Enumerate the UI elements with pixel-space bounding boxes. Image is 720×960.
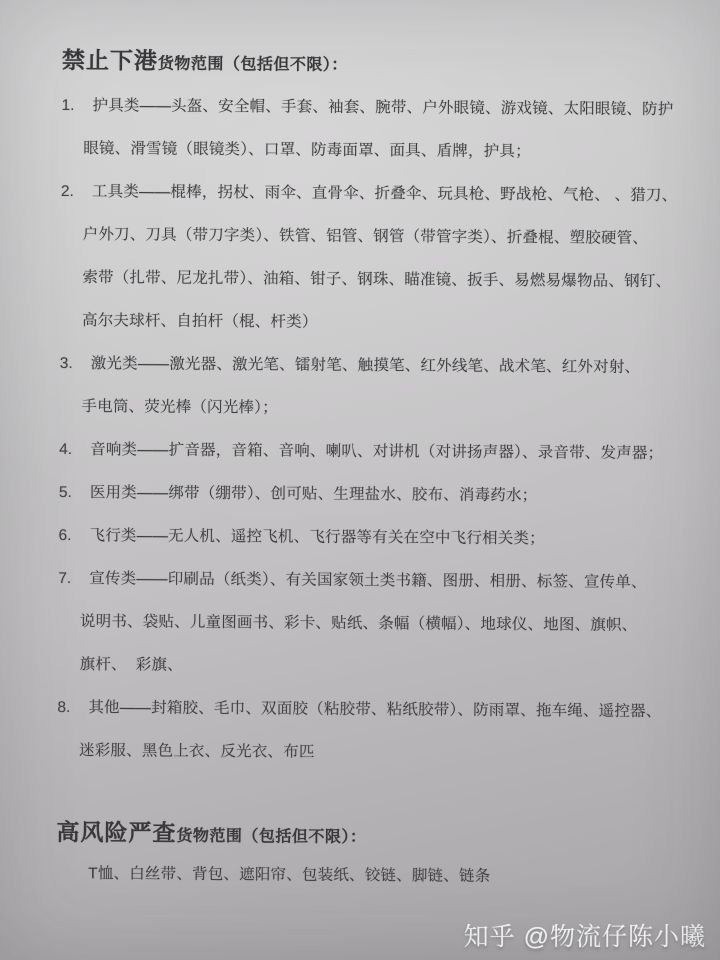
- item-text-line: 手电筒、荧光棒（闪光棒）；: [81, 385, 681, 432]
- item-text: 护具类——头盔、安全帽、手套、袖套、腕带、户外眼镜、游戏镜、太阳眼镜、防护 眼镜…: [92, 84, 684, 174]
- item-text-line: 户外刀、刀具（带刀字类）、铁管、铝管、钢管（带管字类）、折叠棍、塑胶硬管、: [83, 213, 683, 260]
- item-text-line: 眼镜、滑雪镜（眼镜类）、口罩、防毒面罩、面具、盾牌，护具；: [83, 127, 683, 174]
- item-text-line: 迷彩服、黑色上衣、反光衣、布匹: [79, 729, 679, 776]
- item-text: 飞行类——无人机、遥控飞机、飞行器等有关在空中飞行相关类；: [89, 514, 680, 561]
- section-title-main: 高风险严查: [56, 819, 176, 846]
- list-item-laser: 3. 激光类——激光器、激光笔、镭射笔、触摸笔、红外线笔、战术笔、红外对射、 手…: [59, 342, 682, 432]
- section-title-prohibited: 禁止下港货物范围（包括但不限）：: [62, 42, 684, 79]
- list-item-tools: 2. 工具类——棍棒，拐杖、雨伞、直骨伞、折叠伞、玩具枪、野战枪、气枪、 、猎刀…: [60, 170, 683, 346]
- item-text-line: 说明书、袋贴、儿童图画书、彩卡、贴纸、条幅（横幅）、地球仪、地图、旗帜、: [80, 600, 680, 647]
- item-number: 4.: [59, 428, 90, 471]
- item-text: 其他——封箱胶、毛巾、双面胶（粘胶带、粘纸胶带）、防雨罩、拖车绳、遥控器、 迷彩…: [88, 686, 680, 776]
- item-text-line: 宣传类——印刷品（纸类）、有关国家领土类书籍、图册、相册、标签、宣传单、: [89, 557, 680, 604]
- item-number: 8.: [57, 686, 88, 729]
- item-text-line: 高尔夫球杆、自拍杆（棍、杆类）: [82, 299, 682, 346]
- item-text-line: 护具类——头盔、安全帽、手套、袖套、腕带、户外眼镜、游戏镜、太阳眼镜、防护: [92, 84, 683, 131]
- item-number: 3.: [60, 342, 91, 385]
- section-title-main: 禁止下港: [62, 47, 158, 74]
- list-item-medical: 5. 医用类——绑带（绷带）、创可贴、生理盐水、胶布、消毒药水；: [59, 471, 681, 518]
- item-text: 激光类——激光器、激光笔、镭射笔、触摸笔、红外线笔、战术笔、红外对射、 手电筒、…: [90, 342, 682, 432]
- zhihu-watermark: 知乎 @物流仔陈小曦: [464, 917, 706, 953]
- item-text-line: 音响类——扩音器，音箱、音响、喇叭、对讲机（对讲扬声器）、录音带、发声器；: [90, 428, 681, 475]
- list-item-propaganda: 7. 宣传类——印刷品（纸类）、有关国家领土类书籍、图册、相册、标签、宣传单、 …: [58, 557, 681, 690]
- item-text: 音响类——扩音器，音箱、音响、喇叭、对讲机（对讲扬声器）、录音带、发声器；: [90, 428, 681, 475]
- item-number: 2.: [61, 170, 92, 213]
- list-item-other: 8. 其他——封箱胶、毛巾、双面胶（粘胶带、粘纸胶带）、防雨罩、拖车绳、遥控器、…: [57, 686, 680, 776]
- item-text-line: 工具类——棍棒，拐杖、雨伞、直骨伞、折叠伞、玩具枪、野战枪、气枪、 、猎刀、: [92, 170, 683, 217]
- item-number: 5.: [59, 471, 90, 514]
- item-text-line: 索带（扎带、尼龙扎带）、油箱、钳子、钢珠、瞄准镜、扳手、易燃易爆物品、钢钉、: [82, 256, 682, 303]
- list-item-flying: 6. 飞行类——无人机、遥控飞机、飞行器等有关在空中飞行相关类；: [58, 514, 680, 561]
- item-text-line: 旗杆、 彩旗、: [80, 643, 680, 690]
- item-number: 1.: [61, 84, 92, 127]
- item-text-line: 医用类——绑带（绷带）、创可贴、生理盐水、胶布、消毒药水；: [90, 471, 681, 518]
- item-text: 宣传类——印刷品（纸类）、有关国家领土类书籍、图册、相册、标签、宣传单、 说明书…: [89, 557, 681, 690]
- item-text: 工具类——棍棒，拐杖、雨伞、直骨伞、折叠伞、玩具枪、野战枪、气枪、 、猎刀、 户…: [91, 170, 683, 346]
- item-text-line: 激光类——激光器、激光笔、镭射笔、触摸笔、红外线笔、战术笔、红外对射、: [91, 342, 682, 389]
- section-title-sub: 货物范围（包括但不限）：: [176, 828, 366, 846]
- item-text-line: 其他——封箱胶、毛巾、双面胶（粘胶带、粘纸胶带）、防雨罩、拖车绳、遥控器、: [88, 686, 679, 733]
- prohibited-goods-list: 1. 护具类——头盔、安全帽、手套、袖套、腕带、户外眼镜、游戏镜、太阳眼镜、防护…: [57, 84, 684, 776]
- section-title-high-risk: 高风险严查货物范围（包括但不限）：: [56, 814, 678, 851]
- item-number: 6.: [58, 514, 89, 557]
- list-item-protective-gear: 1. 护具类——头盔、安全帽、手套、袖套、腕带、户外眼镜、游戏镜、太阳眼镜、防护…: [61, 84, 684, 174]
- section-title-sub: 货物范围（包括但不限）：: [158, 56, 348, 74]
- item-number: 7.: [58, 557, 89, 600]
- item-text: 医用类——绑带（绷带）、创可贴、生理盐水、胶布、消毒药水；: [90, 471, 681, 518]
- list-item-audio: 4. 音响类——扩音器，音箱、音响、喇叭、对讲机（对讲扬声器）、录音带、发声器；: [59, 428, 681, 475]
- high-risk-goods-line: T恤、白丝带、背包、遮阳帘、包装纸、铰链、脚链、链条: [56, 852, 678, 899]
- item-text-line: 飞行类——无人机、遥控飞机、飞行器等有关在空中飞行相关类；: [89, 514, 680, 561]
- photographed-document: 禁止下港货物范围（包括但不限）： 1. 护具类——头盔、安全帽、手套、袖套、腕带…: [0, 0, 720, 960]
- document-content: 禁止下港货物范围（包括但不限）： 1. 护具类——头盔、安全帽、手套、袖套、腕带…: [56, 42, 684, 899]
